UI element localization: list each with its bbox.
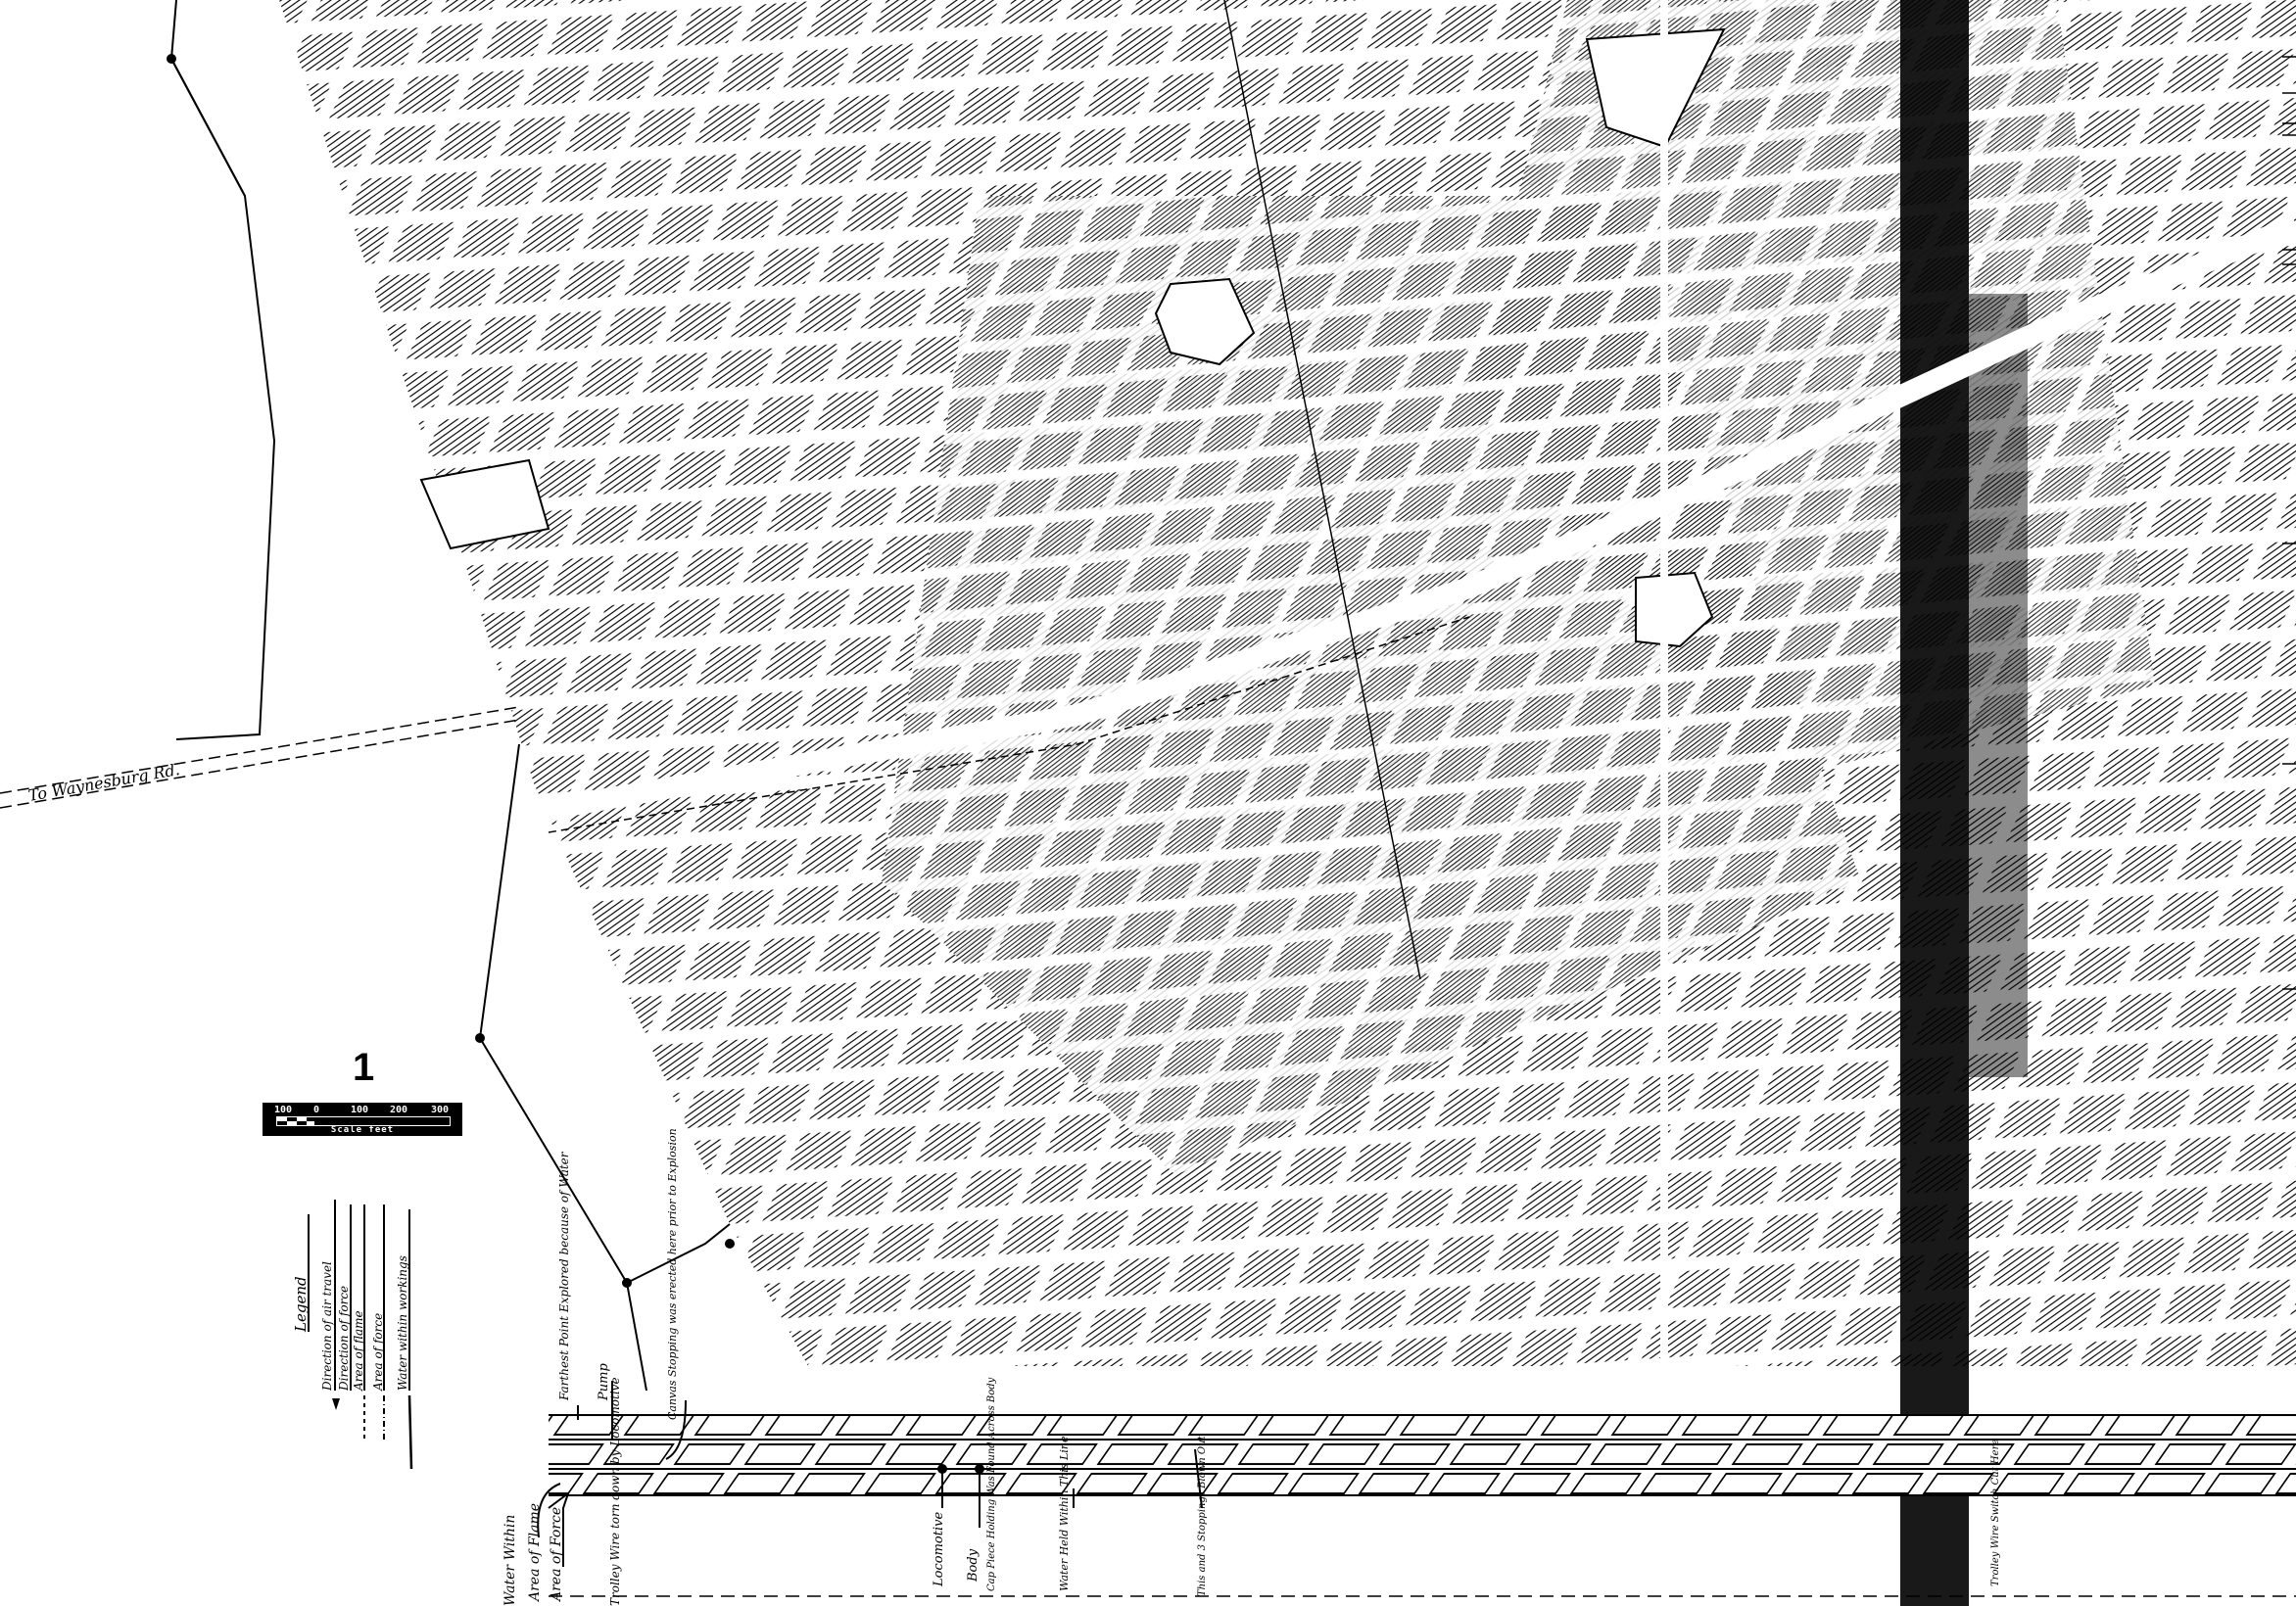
mine-map: To Waynesburg Rd. Water Within Area of F… (0, 0, 2296, 1606)
legend-title: Legend (292, 1276, 310, 1333)
scale-tick: 100 (351, 1105, 368, 1115)
legend-item-air-travel: Direction of air travel (320, 1261, 334, 1392)
legend: Legend Direction of air travel Direction… (292, 1200, 411, 1469)
annotation-stoppings-blown: This and 3 Stoppings Blown Out (1197, 1435, 1208, 1596)
legend-item-water: Water within workings (396, 1255, 409, 1391)
road-label: To Waynesburg Rd. (26, 760, 181, 805)
scale-tick: 100 (274, 1105, 292, 1115)
legend-item-area-force: Area of force (371, 1313, 385, 1392)
annotation-trolley-wire: Trolley Wire torn down by Locomotive (608, 1377, 622, 1606)
annotation-water-within: Water Within (502, 1515, 518, 1606)
annotation-water-held: Water Held Within This Line (1058, 1436, 1071, 1591)
annotation-area-of-flame: Area of Flame (527, 1503, 543, 1603)
annotation-farthest-point: Farthest Point Explored because of Water (557, 1151, 571, 1401)
annotation-body: Body (966, 1548, 981, 1582)
annotation-locomotive: Locomotive (932, 1512, 946, 1587)
scale-tick: 200 (390, 1105, 407, 1115)
legend-item-direction-force: Direction of force (337, 1286, 351, 1392)
sheet-number: 1 (353, 1046, 374, 1090)
scale-caption: Scale feet (263, 1125, 462, 1135)
haulage-entries (549, 1415, 2296, 1596)
scale-bar: 100 0 100 200 300 Scale feet (263, 1103, 462, 1136)
annotation-cap-piece: Cap Piece Holding Was Found Across Body (986, 1377, 997, 1591)
annotation-area-of-force: Area of Force (549, 1507, 564, 1603)
annotation-canvas-stopping: Canvas Stopping was erected here prior t… (666, 1128, 679, 1420)
annotation-pump: Pump (597, 1363, 611, 1401)
legend-item-area-flame: Area of flame (352, 1310, 365, 1392)
scale-tick: 300 (431, 1105, 449, 1115)
scale-tick: 0 (313, 1105, 319, 1115)
mine-workings (279, 0, 2296, 1606)
annotation-trolley-switch: Trolley Wire Switch Cut Here (1990, 1440, 2001, 1586)
scan-artifact-band (1900, 0, 1969, 1606)
